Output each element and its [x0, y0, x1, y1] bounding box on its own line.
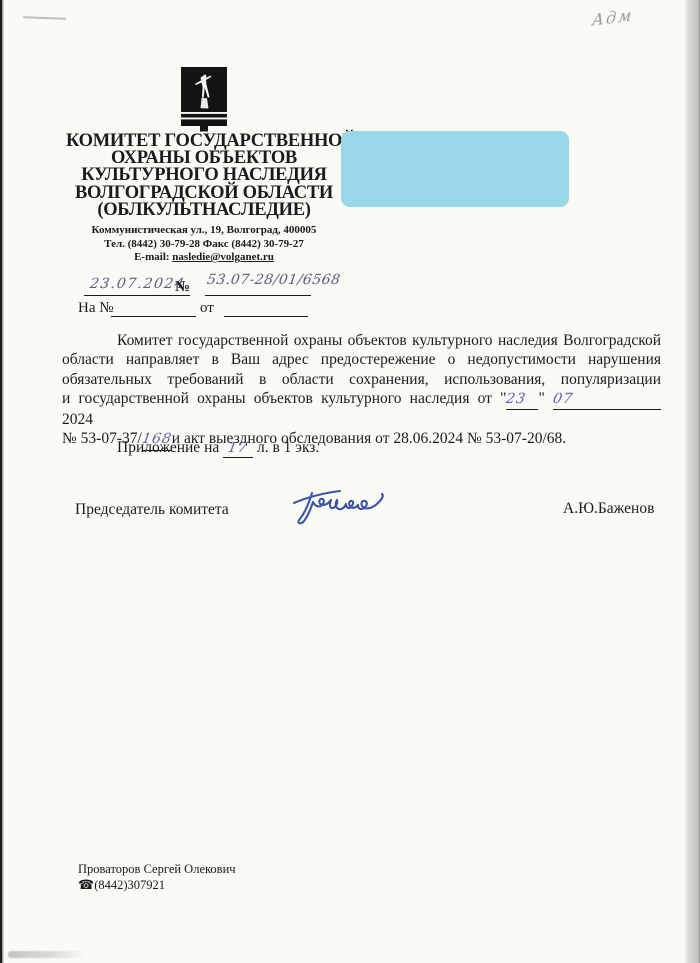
body-line: обязательных требований в области сохран… [62, 370, 661, 389]
signature-autograph [290, 478, 405, 526]
attachment-suffix: л. в 1 экз. [257, 439, 319, 456]
pages-blank: 17 [223, 439, 253, 458]
body-line: области направляет в Ваш адрес предостер… [62, 350, 661, 369]
letterhead: КОМИТЕТ ГОСУДАРСТВЕННОЙ ОХРАНЫ ОБЪЕКТОВ … [66, 133, 342, 265]
number-underline [205, 295, 311, 296]
letter-body: Комитет государственной охраны объектов … [62, 331, 661, 451]
scan-edge-left [0, 0, 4, 963]
reply-date-underline [224, 316, 308, 317]
redaction-box [341, 131, 569, 207]
outgoing-date-handwritten: 23.07.2024 [89, 276, 186, 292]
scan-edge-right [684, 0, 700, 963]
attachment-line: Приложение на 17 л. в 1 экз. [117, 439, 319, 458]
day-blank: 23 [506, 389, 538, 410]
org-short-name: (ОБЛКУЛЬТНАСЛЕДИЕ) [66, 202, 342, 219]
outgoing-number-handwritten: 53.07-28/01/6568 [206, 272, 342, 288]
org-phone: Тел. (8442) 30-79-28 Факс (8442) 30-79-2… [66, 238, 342, 252]
volgograd-coat-of-arms-icon [181, 67, 227, 133]
attachment-prefix: Приложение на [117, 439, 219, 456]
email-address: nasledie@volganet.ru [172, 251, 274, 263]
executor-phone-line: ☎(8442)307921 [78, 877, 236, 893]
email-label: E-mail: [134, 251, 172, 263]
executor-name: Проваторов Сергей Олекович [78, 862, 236, 877]
reply-to-number-label: На № [78, 300, 114, 317]
date-underline [84, 295, 190, 296]
body-line4-quote: " [538, 390, 544, 407]
body-line4-prefix: и государственной охраны объектов культу… [62, 390, 506, 407]
telephone-icon: ☎ [78, 877, 94, 892]
month-blank: 07 [553, 389, 661, 410]
day-handwritten: 23 [505, 390, 528, 409]
scan-artifact-line [23, 16, 66, 19]
org-email-line: E-mail: nasledie@volganet.ru [66, 251, 342, 265]
body-line: Комитет государственной охраны объектов … [62, 331, 661, 350]
pages-handwritten: 17 [227, 440, 250, 456]
signer-position: Председатель комитета [75, 501, 229, 519]
reply-number-underline [111, 316, 196, 317]
body-line4-year: 2024 [62, 411, 93, 428]
number-sign: № [175, 279, 190, 296]
org-contacts: Коммунистическая ул., 19, Волгоград, 400… [66, 224, 342, 265]
executor-block: Проваторов Сергей Олекович ☎(8442)307921 [78, 862, 236, 893]
month-handwritten: 07 [551, 390, 574, 409]
org-address: Коммунистическая ул., 19, Волгоград, 400… [66, 224, 342, 238]
reply-to-date-label: от [200, 300, 214, 317]
body-line-with-blanks: и государственной охраны объектов культу… [62, 389, 661, 430]
pencil-annotation: Адм [591, 5, 634, 29]
signer-name: А.Ю.Баженов [563, 500, 654, 518]
executor-phone: (8442)307921 [94, 878, 165, 892]
scanned-letter-page: Адм КОМИТЕТ ГОСУДАРСТВЕННОЙ ОХРАНЫ ОБЪЕК… [0, 0, 700, 963]
scan-smudge-bottom [8, 951, 86, 958]
